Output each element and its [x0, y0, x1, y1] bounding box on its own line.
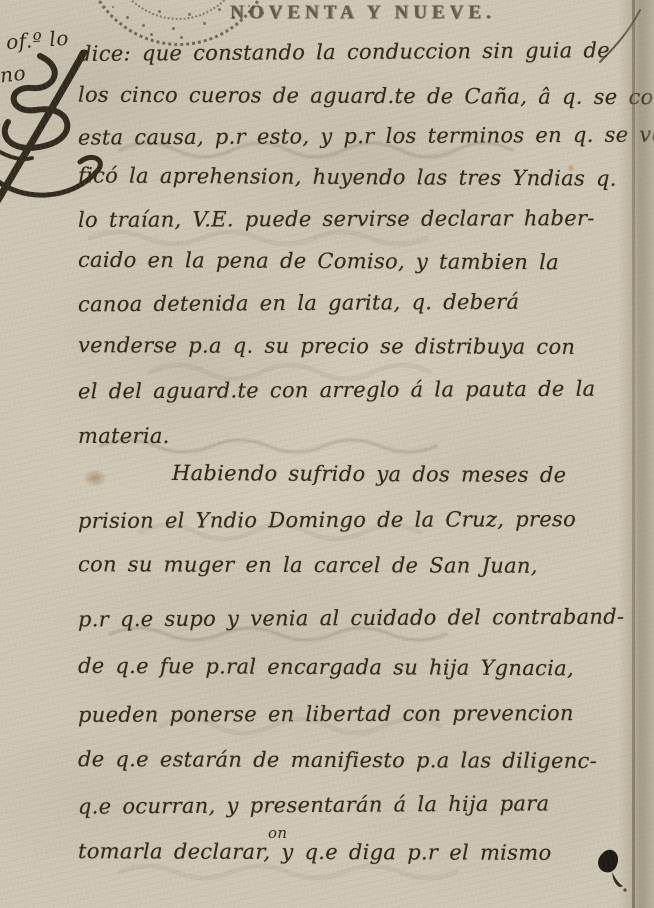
manuscript-line: caido en la pena de Comiso, y tambien la — [78, 248, 559, 275]
manuscript-line: dice: que constando la conduccion sin gu… — [78, 38, 610, 66]
manuscript-line: p.r q.e supo y venia al cuidado del cont… — [78, 605, 624, 632]
ink-blot — [592, 846, 628, 894]
manuscript-line: q.e ocurran, y presentarán á la hija par… — [78, 791, 550, 818]
manuscript-line: lo traían, V.E. puede servirse declarar … — [78, 206, 595, 232]
manuscript-line: prision el Yndio Domingo de la Cruz, pre… — [78, 507, 576, 533]
manuscript-line: Habiendo sufrido ya dos meses de — [172, 461, 566, 487]
manuscript-line: tomarla declarar, y q.e diga p.r el mism… — [78, 839, 552, 865]
margin-note-line2: no — [0, 61, 27, 88]
manuscript-line: de q.e estarán de manifiesto p.a las dil… — [78, 747, 597, 773]
manuscript-line: ficó la aprehension, huyendo las tres Yn… — [78, 163, 617, 190]
manuscript-page: NOVENTA Y NUEVE. of.º lo no dice: que co… — [0, 0, 654, 908]
interlinear-insertion: on — [268, 824, 287, 842]
manuscript-line: de q.e fue p.ral encargada su hija Ygnac… — [78, 654, 574, 681]
manuscript-line: venderse p.a q. su precio se distribuya … — [78, 333, 575, 359]
manuscript-line: canoa detenida en la garita, q. deberá — [78, 290, 519, 317]
manuscript-line: materia. — [78, 424, 170, 448]
manuscript-line: esta causa, p.r esto, y p.r los terminos… — [78, 122, 654, 149]
manuscript-line: los cinco cueros de aguard.te de Caña, â… — [78, 83, 654, 110]
manuscript-line: el del aguard.te con arreglo á la pauta … — [78, 377, 596, 404]
folio-number-header: NOVENTA Y NUEVE. — [230, 1, 496, 24]
margin-note-line1: of.º lo — [5, 26, 69, 54]
manuscript-line: con su muger en la carcel de San Juan, — [78, 552, 538, 578]
manuscript-line: pueden ponerse en libertad con prevencio… — [78, 701, 574, 727]
